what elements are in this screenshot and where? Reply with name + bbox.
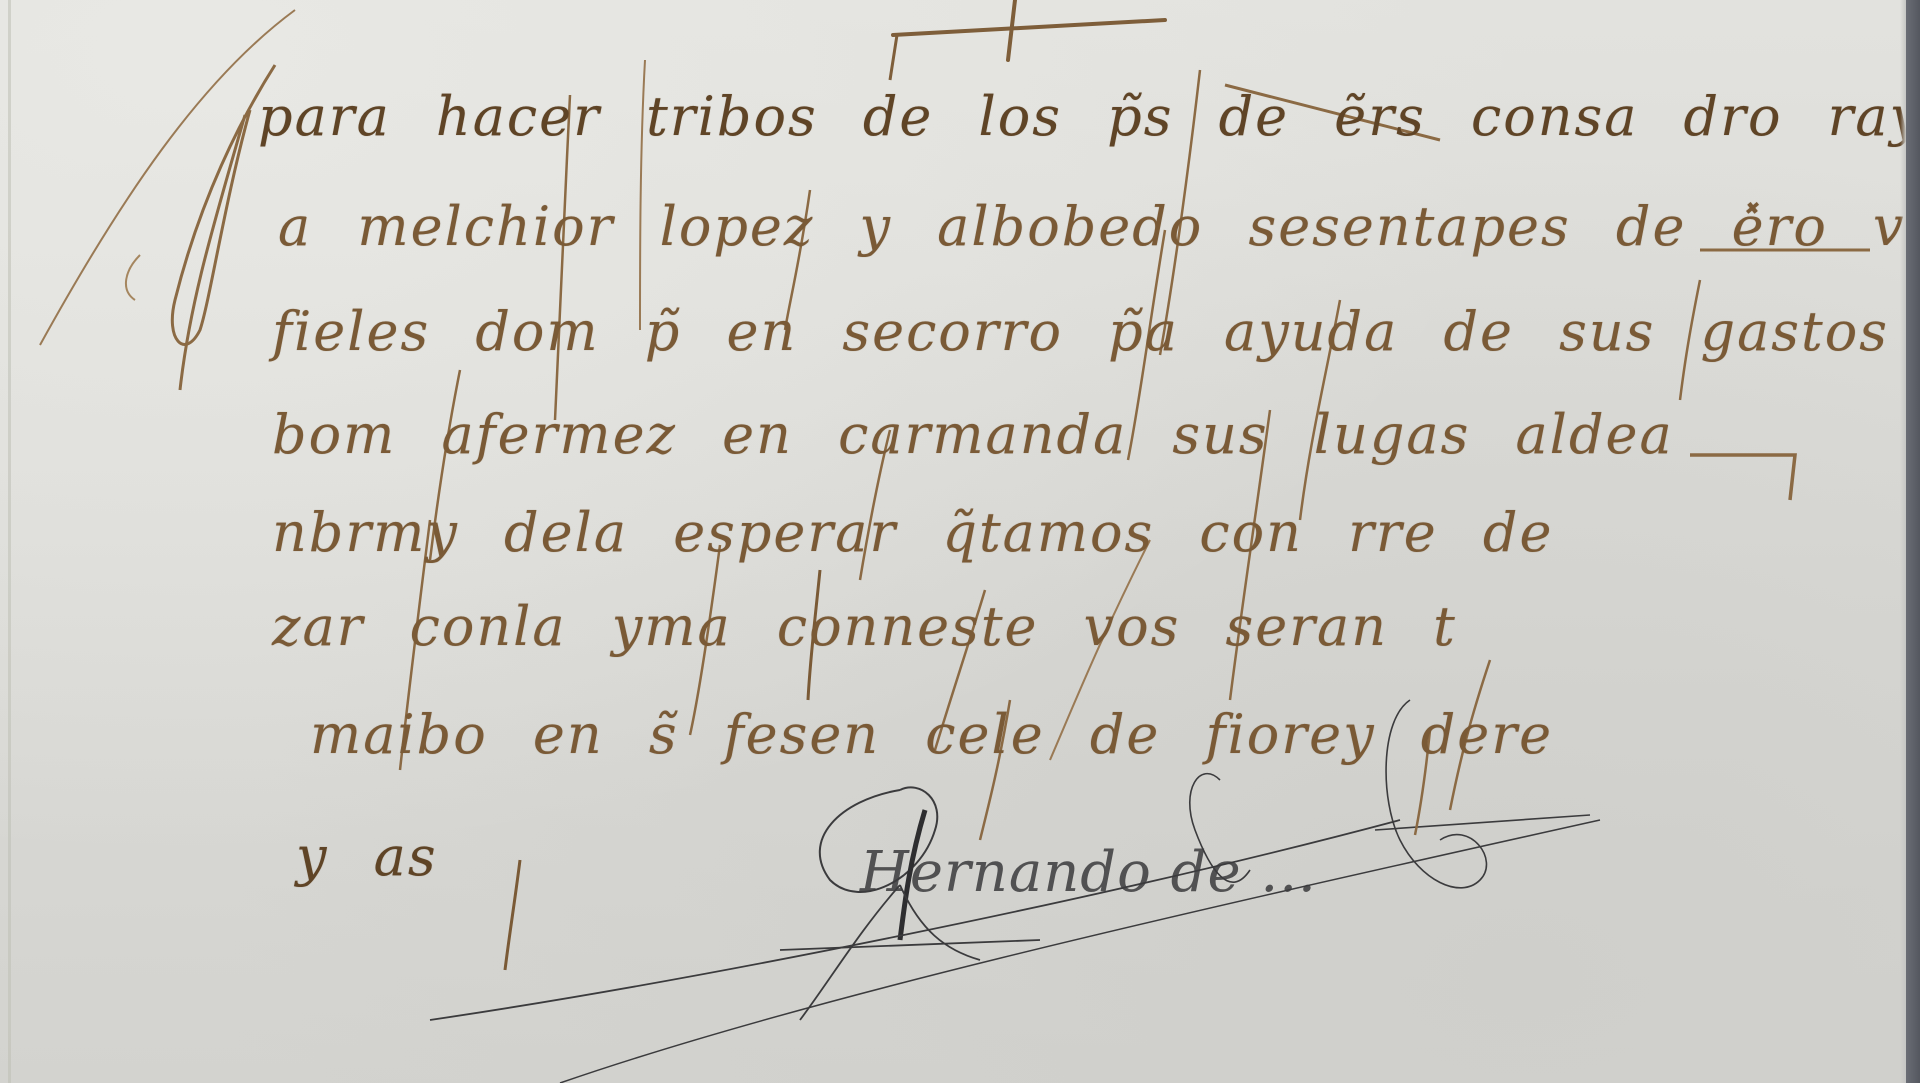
manuscript-line-2: a melchior lopez y albobedo sesentapes d…	[278, 200, 1906, 254]
manuscript-line-1: para hacer tribos de los p̃s de ẽrs cons…	[258, 90, 1906, 144]
manuscript-line-8: y as	[296, 830, 438, 884]
manuscript-line-3: fieles dom p̃ en secorro p̃a ayuda de su…	[272, 305, 1889, 359]
manuscript-line-7: maibo en s̃ fesen cele de fiorey dere	[310, 708, 1553, 762]
signature: Hernando de ...	[860, 845, 1317, 901]
scan-edge-strip	[1906, 0, 1920, 1083]
manuscript-line-5: nbrmy dela esperar q̃tamos con rre de	[272, 506, 1553, 560]
manuscript-line-6: zar conla yma conneste vos seran t	[272, 600, 1457, 654]
manuscript-line-4: bom afermez en carmanda sus lugas aldea	[272, 408, 1674, 462]
manuscript-page: para hacer tribos de los p̃s de ẽrs cons…	[0, 0, 1906, 1083]
